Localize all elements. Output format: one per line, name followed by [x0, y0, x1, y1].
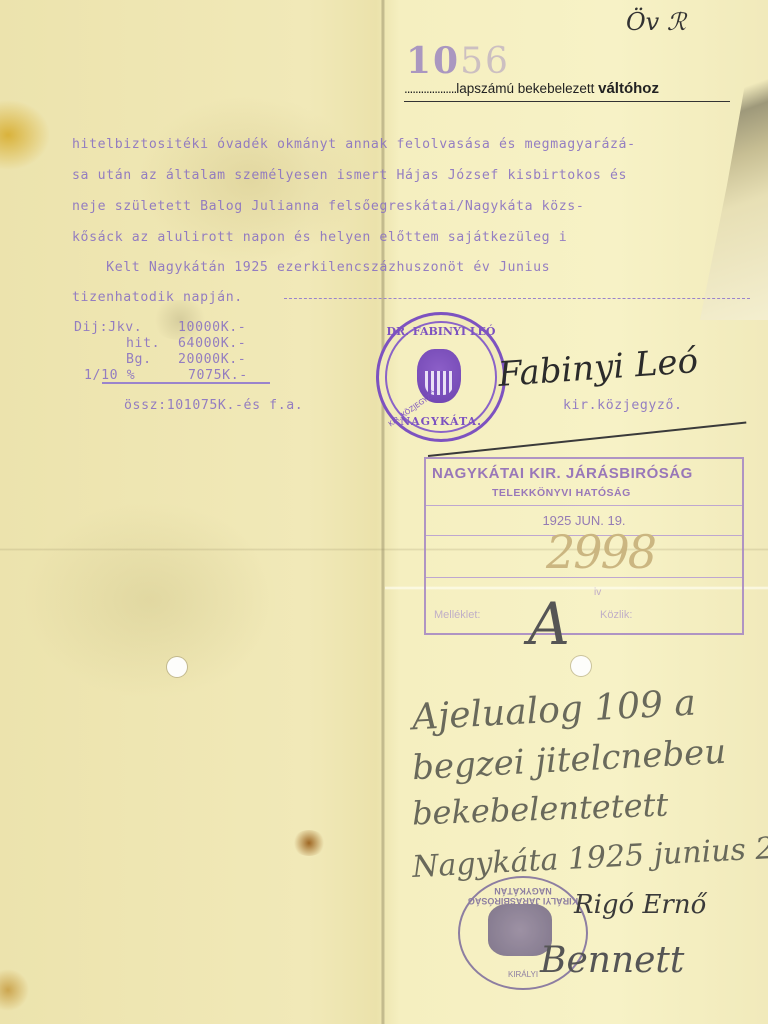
vertical-fold — [381, 0, 385, 1024]
handwritten-note-line: bekebelentetett — [411, 786, 668, 833]
fee-amount: 20000K.- — [178, 352, 246, 367]
fee-sum-rule — [102, 382, 270, 384]
seal-text: KIRÁLYI JÁRÁSBIRÓSÁG NAGYKÁTÁN — [460, 886, 586, 906]
fee-label: Bg. — [126, 352, 152, 367]
court-name: NAGYKÁTAI KIR. JÁRÁSBIRÓSÁG — [432, 465, 693, 482]
handwritten-initial: A — [528, 590, 570, 658]
handwritten-note-line: Ajelualog 109 a — [411, 683, 697, 739]
registry-entry-number: 2998 — [546, 525, 655, 579]
stamp-rule — [426, 505, 742, 506]
fee-amount: 64000K.- — [178, 336, 246, 351]
typed-line: kősáck az alulirott napon és helyen előt… — [72, 230, 567, 245]
typed-line: Kelt Nagykátán 1925 ezerkilencszázhuszon… — [72, 260, 550, 275]
fee-amount: 10000K.- — [178, 320, 246, 335]
handwritten-mark: Öv ℛ — [626, 8, 686, 36]
attachment-label: Melléklet: — [434, 609, 480, 621]
dashed-filler-line — [284, 298, 750, 299]
form-rule — [404, 101, 730, 102]
fee-label: Dij:Jkv. — [74, 320, 142, 335]
clerk-signature: Bennett — [540, 940, 684, 981]
court-registry-stamp: NAGYKÁTAI KIR. JÁRÁSBIRÓSÁG TELEKKÖNYVI … — [424, 457, 744, 635]
seal-text: NAGYKÁTA. — [379, 415, 503, 428]
handwritten-note-line: Nagykáta 1925 junius 22 — [411, 830, 768, 885]
court-office: TELEKKÖNYVI HATÓSÁG — [492, 487, 631, 499]
notified-label: Közlik: — [600, 609, 632, 621]
typed-line: neje született Balog Julianna felsőegres… — [72, 199, 584, 214]
typed-line: tizenhatodik napján. — [72, 290, 243, 305]
notary-signature: Fabinyi Leó — [497, 341, 699, 395]
typed-line: hitelbiztositéki óvadék okmányt annak fe… — [72, 137, 636, 152]
punch-hole — [571, 656, 591, 676]
torn-corner — [700, 20, 768, 320]
printed-form-line: ...................lapszámú bekebelezett… — [404, 80, 734, 97]
registry-number-stamp: 1056 — [406, 40, 510, 82]
fee-amount: 7075K.- — [188, 368, 248, 383]
sheet-label: iv — [594, 587, 601, 598]
punch-hole — [167, 657, 187, 677]
stamp-rule — [426, 577, 742, 578]
fee-total: össz:101075K.-és f.a. — [124, 398, 303, 413]
judge-signature: Rigó Ernő — [574, 890, 706, 920]
handwritten-note-line: begzei jitelcnebeu — [411, 732, 727, 788]
notary-seal: DR. FABINYI LEÓ KIR. KÖZJEGYZŐ NAGYKÁTA. — [376, 312, 506, 442]
fee-label: 1/10 % — [84, 368, 135, 383]
notary-title: kir.közjegyző. — [563, 398, 683, 413]
typed-line: sa után az általam személyesen ismert Há… — [72, 168, 627, 183]
seal-text: DR. FABINYI LEÓ — [379, 325, 503, 338]
rust-stain — [292, 830, 326, 856]
scanned-document: 1056 Öv ℛ ...................lapszámú be… — [0, 0, 768, 1024]
fee-label: hit. — [126, 336, 160, 351]
